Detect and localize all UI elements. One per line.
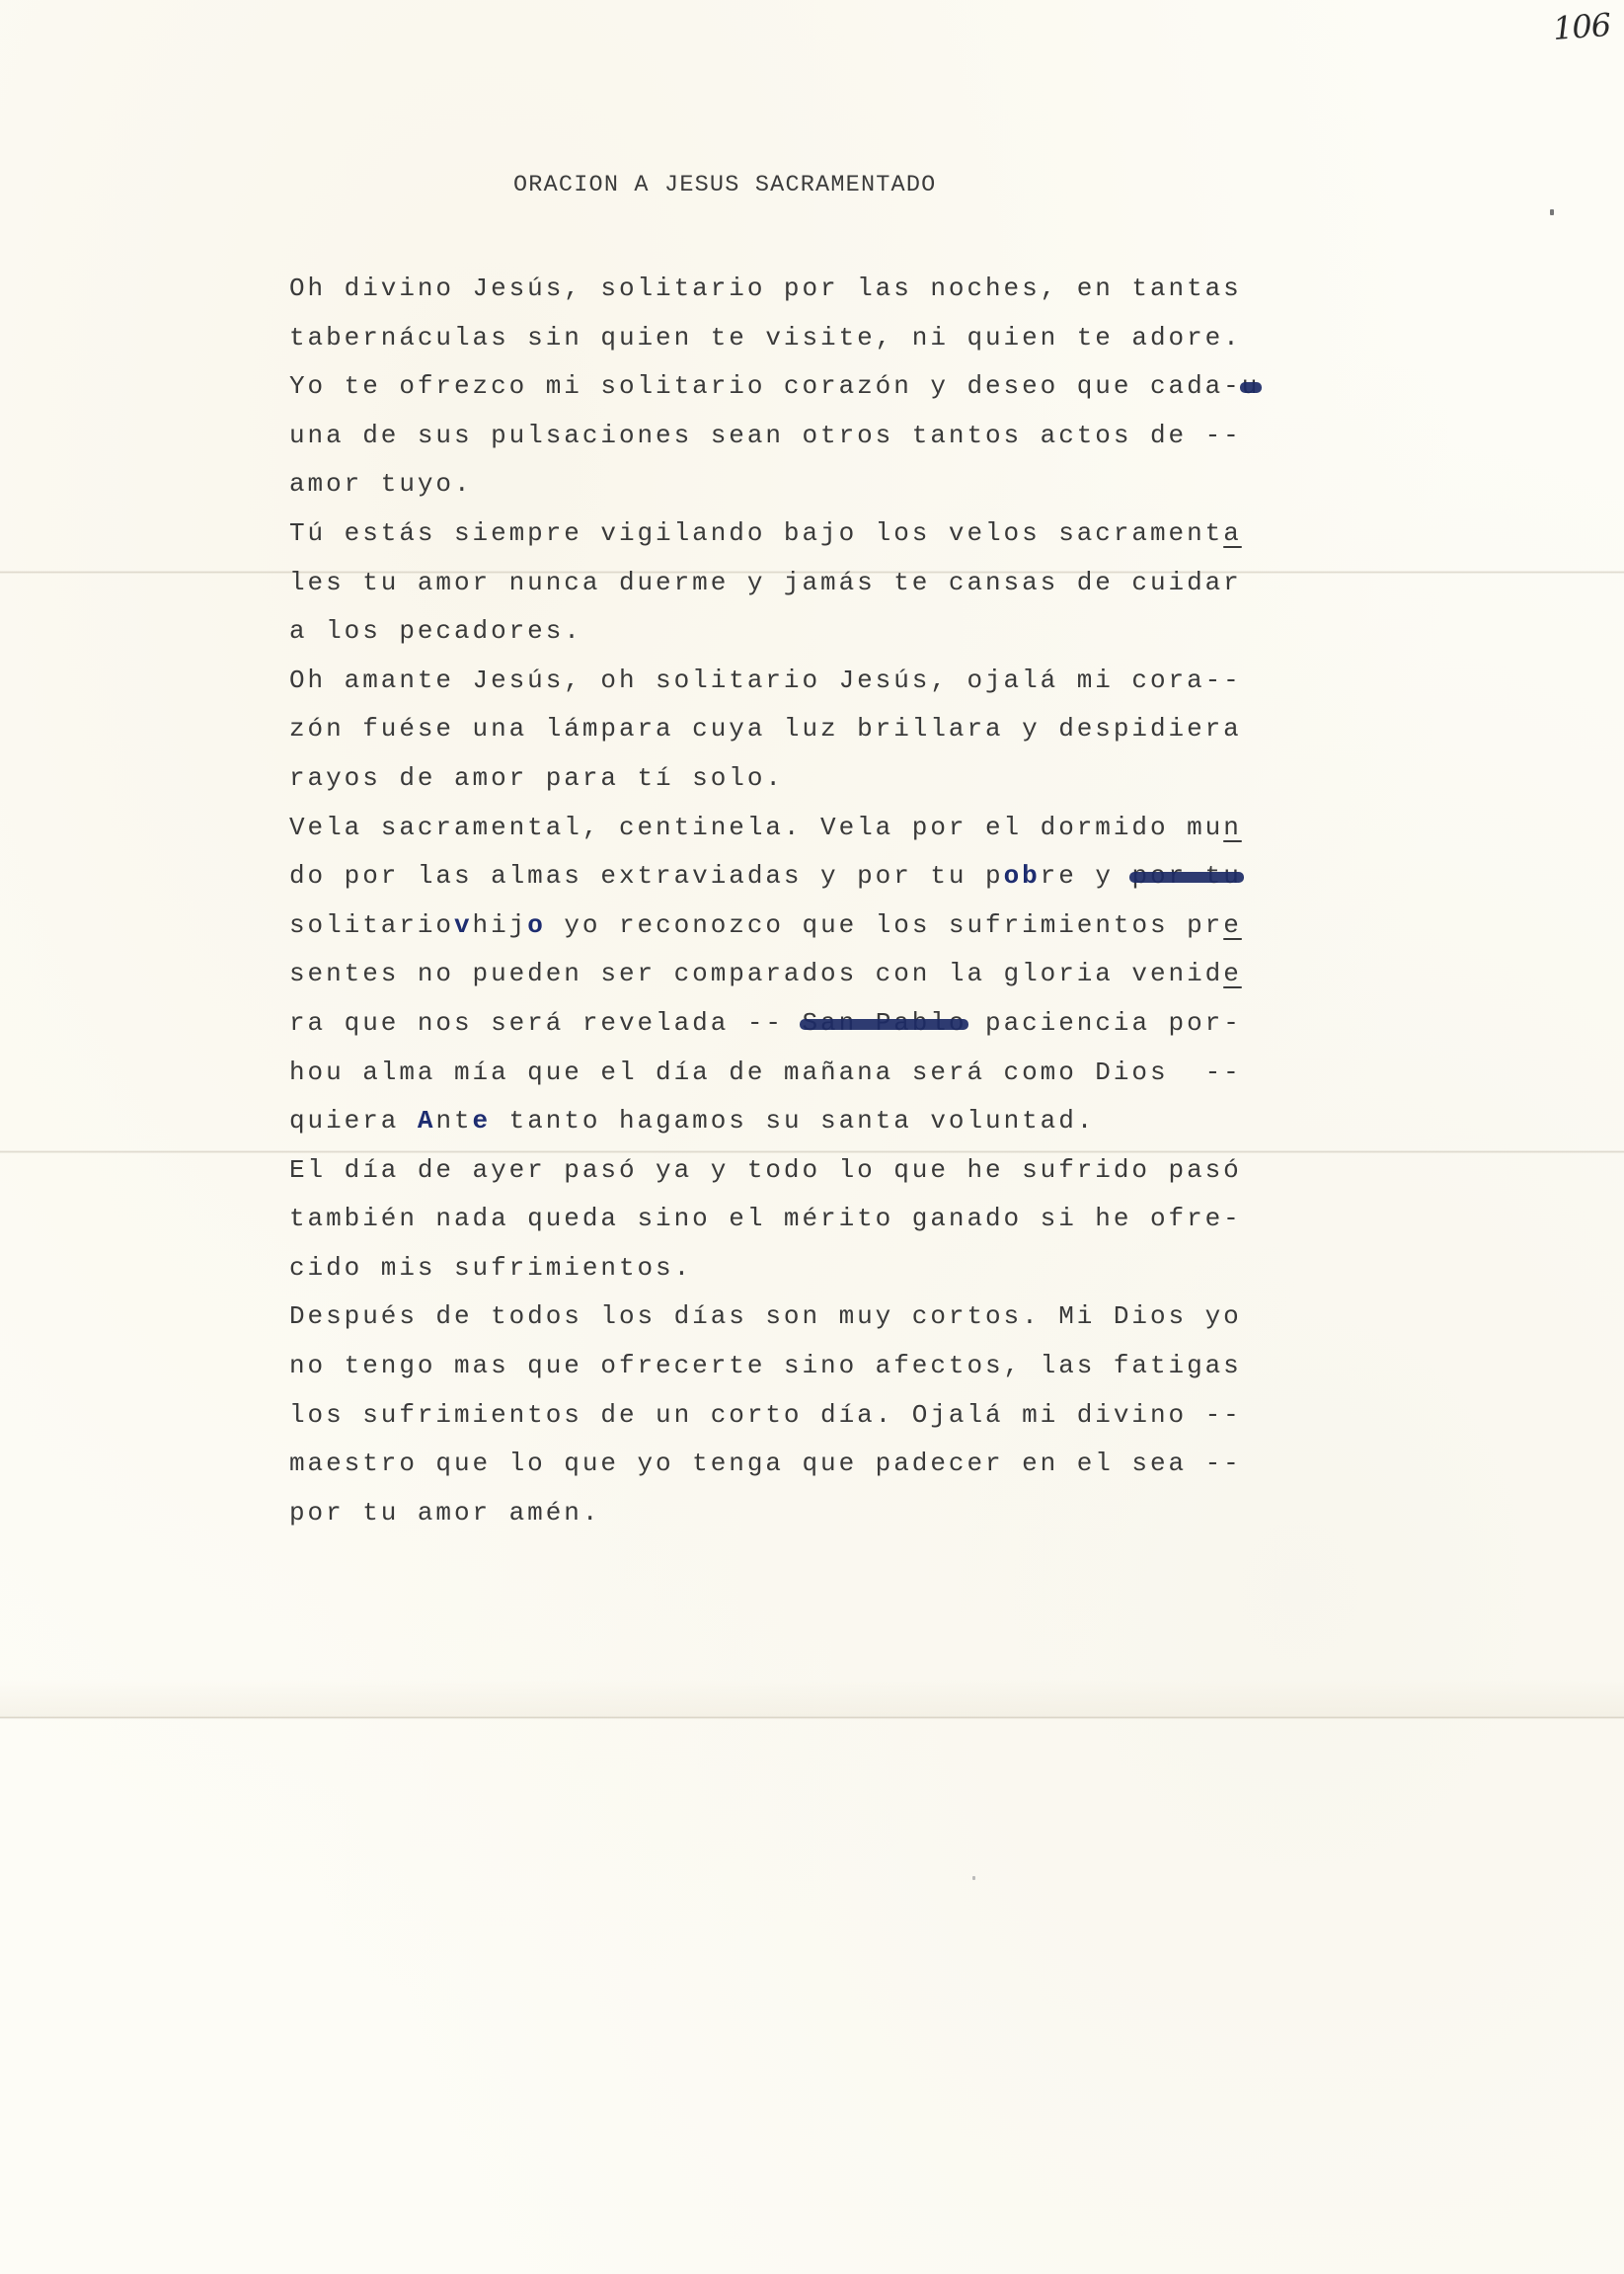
underlined-hyphenation: e [1223, 959, 1242, 988]
ink-speck [972, 1876, 975, 1880]
handwritten-correction: o [527, 910, 546, 940]
typed-text: do por las almas extraviadas y por tu p [289, 861, 1004, 891]
typed-text: Oh amante Jesús, oh solitario Jesús, oja… [289, 666, 1242, 695]
typed-text: les tu amor nunca duerme y jamás te cans… [289, 568, 1242, 597]
typed-text: Después de todos los días son muy cortos… [289, 1301, 1242, 1331]
typed-text: zón fuése una lámpara cuya luz brillara … [289, 714, 1242, 744]
paper-fold-shadow [0, 1679, 1624, 1718]
typed-text: nt [435, 1106, 472, 1136]
text-line: cido mis sufrimientos. [289, 1244, 1260, 1294]
typed-text: cido mis sufrimientos. [289, 1253, 692, 1283]
paper-fold-line [0, 1716, 1624, 1719]
handwritten-page-number: 106 [1552, 6, 1612, 47]
typed-text: rayos de amor para tí solo. [289, 763, 784, 793]
handwritten-correction: v [454, 910, 473, 940]
typed-text: Yo te ofrezco mi solitario corazón y des… [289, 371, 1242, 401]
document-title: ORACION A JESUS SACRAMENTADO [513, 172, 936, 198]
typed-text: Oh divino Jesús, solitario por las noche… [289, 274, 1242, 303]
typed-text: una de sus pulsaciones sean otros tantos… [289, 421, 1242, 450]
text-line: Vela sacramental, centinela. Vela por el… [289, 804, 1260, 853]
typed-text: no tengo mas que ofrecerte sino afectos,… [289, 1351, 1242, 1380]
typed-text: re y [1041, 861, 1132, 891]
typed-text: sentes no pueden ser comparados con la g… [289, 959, 1223, 988]
text-line: los sufrimientos de un corto día. Ojalá … [289, 1391, 1260, 1441]
handwritten-correction: e [473, 1106, 492, 1136]
typed-text: Tú estás siempre vigilando bajo los velo… [289, 518, 1223, 548]
handwritten-correction: A [418, 1106, 436, 1136]
text-line: do por las almas extraviadas y por tu po… [289, 852, 1260, 902]
text-line: por tu amor amén. [289, 1489, 1260, 1538]
ink-speck [1550, 209, 1554, 215]
text-line: Oh amante Jesús, oh solitario Jesús, oja… [289, 657, 1260, 706]
text-line: solitariovhijo yo reconozco que los sufr… [289, 902, 1260, 951]
text-line: Después de todos los días son muy cortos… [289, 1293, 1260, 1342]
text-line: zón fuése una lámpara cuya luz brillara … [289, 705, 1260, 754]
typed-text: también nada queda sino el mérito ganado… [289, 1204, 1242, 1233]
typed-text: amor tuyo. [289, 469, 473, 499]
typed-text: solitario [289, 910, 454, 940]
text-line: hou alma mía que el día de mañana será c… [289, 1049, 1260, 1098]
typed-text: ra que nos será revelada -- [289, 1008, 802, 1038]
prayer-body: Oh divino Jesús, solitario por las noche… [289, 265, 1260, 1537]
text-line: Yo te ofrezco mi solitario corazón y des… [289, 362, 1260, 412]
text-line: tabernáculas sin quien te visite, ni qui… [289, 314, 1260, 363]
typed-text: El día de ayer pasó ya y todo lo que he … [289, 1155, 1242, 1185]
text-line: amor tuyo. [289, 460, 1260, 510]
typed-text: por tu amor amén. [289, 1498, 600, 1528]
typed-text: a los pecadores. [289, 616, 582, 646]
text-line: maestro que lo que yo tenga que padecer … [289, 1440, 1260, 1489]
text-line: sentes no pueden ser comparados con la g… [289, 950, 1260, 999]
struck-out-text: por tu [1131, 861, 1241, 891]
struck-out-text: San Pablo [802, 1008, 967, 1038]
document-page: 106 ORACION A JESUS SACRAMENTADO Oh divi… [0, 0, 1624, 2274]
typed-text: maestro que lo que yo tenga que padecer … [289, 1449, 1242, 1478]
text-line: no tengo mas que ofrecerte sino afectos,… [289, 1342, 1260, 1391]
text-line: ra que nos será revelada -- San Pablo pa… [289, 999, 1260, 1049]
struck-out-text: u [1242, 371, 1261, 401]
underlined-hyphenation: n [1223, 813, 1242, 842]
typed-text: tabernáculas sin quien te visite, ni qui… [289, 323, 1242, 353]
typed-text: quiera [289, 1106, 418, 1136]
underlined-hyphenation: a [1223, 518, 1242, 548]
text-line: rayos de amor para tí solo. [289, 754, 1260, 804]
text-line: Oh divino Jesús, solitario por las noche… [289, 265, 1260, 314]
text-line: quiera Ante tanto hagamos su santa volun… [289, 1097, 1260, 1146]
text-line: les tu amor nunca duerme y jamás te cans… [289, 559, 1260, 608]
handwritten-correction: ob [1004, 861, 1041, 891]
text-line: también nada queda sino el mérito ganado… [289, 1195, 1260, 1244]
typed-text: tanto hagamos su santa voluntad. [491, 1106, 1095, 1136]
typed-text: Vela sacramental, centinela. Vela por el… [289, 813, 1223, 842]
text-line: El día de ayer pasó ya y todo lo que he … [289, 1146, 1260, 1196]
typed-text: hij [473, 910, 528, 940]
typed-text: los sufrimientos de un corto día. Ojalá … [289, 1400, 1242, 1430]
typed-text: hou alma mía que el día de mañana será c… [289, 1058, 1242, 1087]
text-line: a los pecadores. [289, 607, 1260, 657]
underlined-hyphenation: e [1223, 910, 1242, 940]
typed-text: yo reconozco que los sufrimientos pr [546, 910, 1223, 940]
typed-text: paciencia por- [967, 1008, 1241, 1038]
text-line: Tú estás siempre vigilando bajo los velo… [289, 510, 1260, 559]
text-line: una de sus pulsaciones sean otros tantos… [289, 412, 1260, 461]
